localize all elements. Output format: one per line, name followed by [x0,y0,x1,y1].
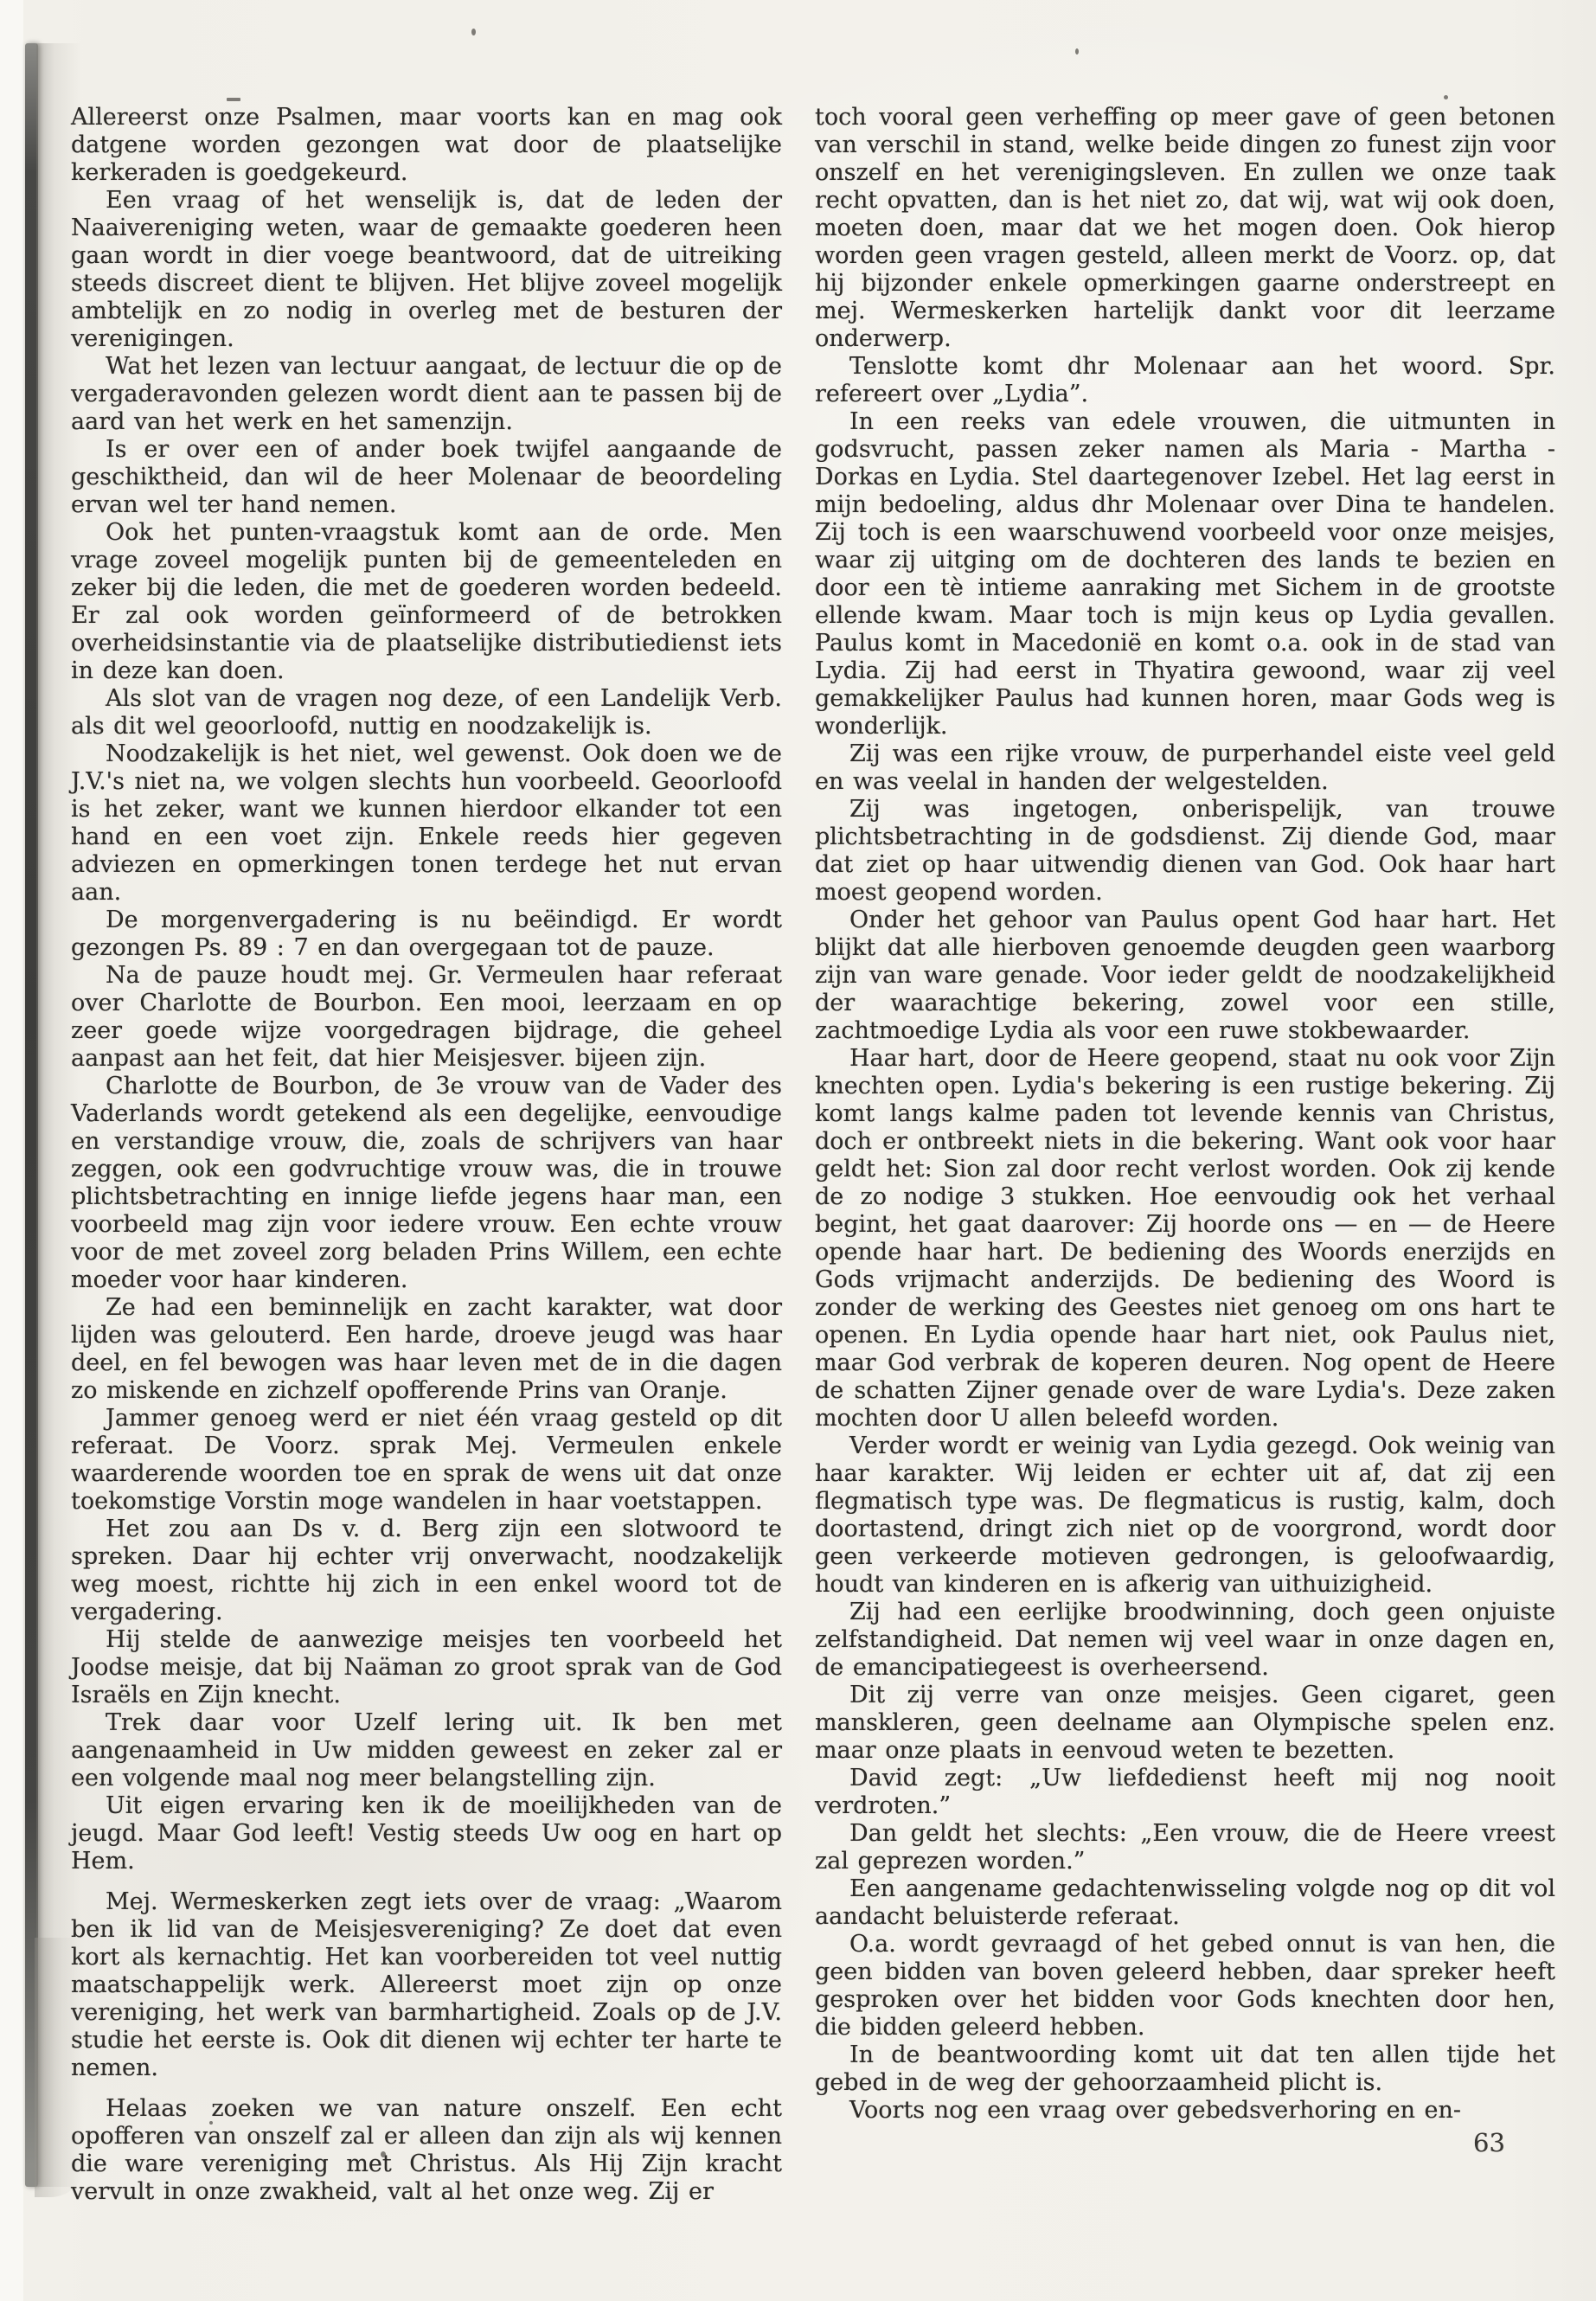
paragraph: Ook het punten-vraagstuk komt aan de ord… [71,519,782,685]
paragraph: De morgenvergadering is nu beëindigd. Er… [71,907,782,962]
scanned-page: Allereerst onze Psalmen, maar voorts kan… [0,0,1596,2301]
paragraph: Charlotte de Bourbon, de 3e vrouw van de… [71,1073,782,1294]
scan-speck [381,2151,386,2157]
paragraph: Voorts nog een vraag over gebedsverhorin… [815,2097,1555,2125]
paragraph: Zij was een rijke vrouw, de purperhandel… [815,740,1555,796]
paragraph: Verder wordt er weinig van Lydia gezegd.… [815,1433,1555,1599]
paragraph: Dan geldt het slechts: „Een vrouw, die d… [815,1820,1555,1875]
paragraph: Een vraag of het wenselijk is, dat de le… [71,187,782,353]
paragraph: Onder het gehoor van Paulus opent God ha… [815,907,1555,1045]
paragraph: Helaas zoeken we van nature onszelf. Een… [71,2095,782,2206]
scan-speck [227,98,240,101]
paragraph: Allereerst onze Psalmen, maar voorts kan… [71,104,782,187]
paragraph: Zij was ingetogen, onberispelijk, van tr… [815,796,1555,907]
paragraph: Een aangename gedachtenwisseling volgde … [815,1875,1555,1931]
paragraph: Dit zij verre van onze meisjes. Geen cig… [815,1682,1555,1765]
paragraph: Trek daar voor Uzelf lering uit. Ik ben … [71,1709,782,1792]
scan-speck [209,2121,213,2125]
scan-speck [1075,48,1079,54]
page-number: 63 [1473,2128,1505,2157]
left-text-column: Allereerst onze Psalmen, maar voorts kan… [71,104,782,2206]
paragraph: Tenslotte komt dhr Molenaar aan het woor… [815,353,1555,408]
paragraph: Als slot van de vragen nog deze, of een … [71,685,782,740]
paragraph: Mej. Wermeskerken zegt iets over de vraa… [71,1888,782,2082]
scan-speck [471,29,476,35]
paragraph: Na de pauze houdt mej. Gr. Vermeulen haa… [71,962,782,1073]
paragraph: Jammer genoeg werd er niet één vraag ges… [71,1405,782,1516]
paragraph: O.a. wordt gevraagd of het gebed onnut i… [815,1931,1555,2041]
paragraph: Uit eigen ervaring ken ik de moeilijkhed… [71,1792,782,1875]
scan-speck [1444,95,1448,99]
paragraph: toch vooral geen verheffing op meer gave… [815,104,1555,353]
paragraph: Wat het lezen van lectuur aangaat, de le… [71,353,782,436]
paragraph: Noodzakelijk is het niet, wel gewenst. O… [71,740,782,907]
page-edge [0,0,23,2301]
paragraph: Haar hart, door de Heere geopend, staat … [815,1045,1555,1433]
paragraph: In de beantwoording komt uit dat ten all… [815,2041,1555,2097]
paragraph: Is er over een of ander boek twijfel aan… [71,436,782,519]
paragraph: Hij stelde de aanwezige meisjes ten voor… [71,1626,782,1709]
paragraph: Het zou aan Ds v. d. Berg zijn een slotw… [71,1516,782,1626]
paragraph: Zij had een eerlijke broodwinning, doch … [815,1599,1555,1682]
paragraph: David zegt: „Uw liefdedienst heeft mij n… [815,1765,1555,1820]
paragraph: Ze had een beminnelijk en zacht karakter… [71,1294,782,1405]
paragraph: In een reeks van edele vrouwen, die uitm… [815,408,1555,740]
right-text-column: toch vooral geen verheffing op meer gave… [815,104,1555,2125]
